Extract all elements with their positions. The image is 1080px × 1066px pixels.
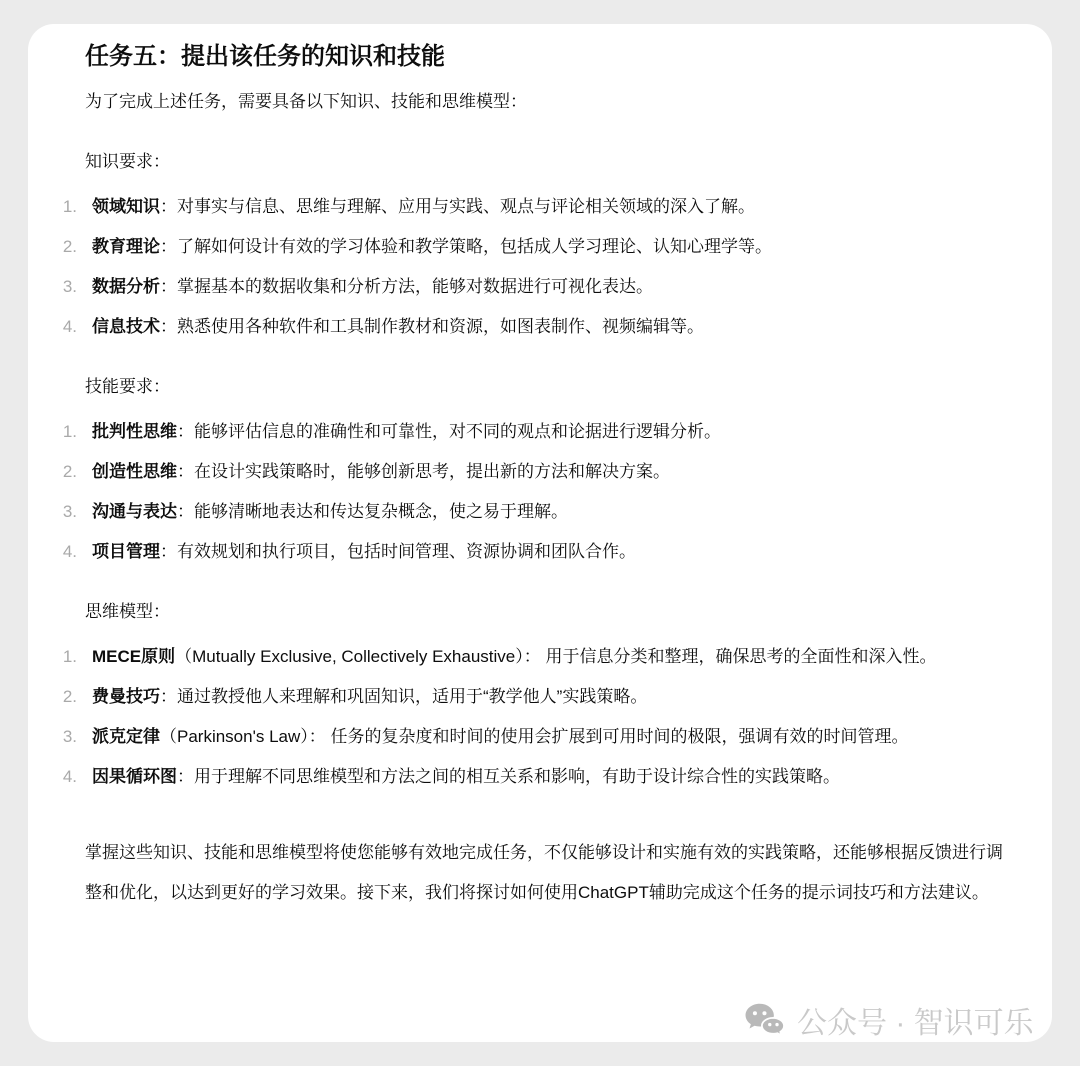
item-text: 数据分析：掌握基本的数据收集和分析方法，能够对数据进行可视化表达。 <box>92 267 1010 307</box>
item-desc: ：用于理解不同思维模型和方法之间的相互关系和影响，有助于设计综合性的实践策略。 <box>177 767 840 786</box>
item-number: 4. <box>62 757 77 797</box>
item-term: 数据分析 <box>92 277 160 296</box>
item-number: 3. <box>62 267 77 307</box>
wechat-icon <box>742 1000 788 1041</box>
list-item: 1.批判性思维：能够评估信息的准确性和可靠性，对不同的观点和论据进行逻辑分析。 <box>62 412 1010 452</box>
sections: 知识要求：1.领域知识：对事实与信息、思维与理解、应用与实践、观点与评论相关领域… <box>85 142 1010 797</box>
watermark-text: 公众号 · 智识可乐 <box>797 998 1034 1042</box>
item-number: 1. <box>62 412 77 452</box>
item-text: 项目管理：有效规划和执行项目，包括时间管理、资源协调和团队合作。 <box>92 532 1010 572</box>
item-number: 3. <box>62 717 77 757</box>
item-desc: ：掌握基本的数据收集和分析方法，能够对数据进行可视化表达。 <box>160 277 653 296</box>
list-item: 2.创造性思维：在设计实践策略时，能够创新思考，提出新的方法和解决方案。 <box>62 452 1010 492</box>
page-title: 任务五：提出该任务的知识和技能 <box>85 40 1010 74</box>
list-item: 1.领域知识：对事实与信息、思维与理解、应用与实践、观点与评论相关领域的深入了解… <box>62 187 1010 227</box>
item-term: MECE原则 <box>92 647 175 666</box>
item-term: 教育理论 <box>92 237 160 256</box>
section-label: 思维模型： <box>85 592 1010 632</box>
item-text: MECE原则（Mutually Exclusive, Collectively … <box>92 637 1010 677</box>
item-desc: （Mutually Exclusive, Collectively Exhaus… <box>175 647 936 666</box>
list-item: 4.因果循环图：用于理解不同思维模型和方法之间的相互关系和影响，有助于设计综合性… <box>62 757 1010 797</box>
item-desc: （Parkinson's Law）： 任务的复杂度和时间的使用会扩展到可用时间的… <box>160 727 908 746</box>
list-item: 2.费曼技巧：通过教授他人来理解和巩固知识，适用于“教学他人”实践策略。 <box>62 677 1010 717</box>
item-term: 因果循环图 <box>92 767 177 786</box>
list-item: 4.项目管理：有效规划和执行项目，包括时间管理、资源协调和团队合作。 <box>62 532 1010 572</box>
item-number: 1. <box>62 637 77 677</box>
item-text: 因果循环图：用于理解不同思维模型和方法之间的相互关系和影响，有助于设计综合性的实… <box>92 757 1010 797</box>
item-desc: ：对事实与信息、思维与理解、应用与实践、观点与评论相关领域的深入了解。 <box>160 197 755 216</box>
item-text: 信息技术：熟悉使用各种软件和工具制作教材和资源，如图表制作、视频编辑等。 <box>92 307 1010 347</box>
item-desc: ：能够清晰地表达和传达复杂概念，使之易于理解。 <box>177 502 568 521</box>
item-desc: ：了解如何设计有效的学习体验和教学策略，包括成人学习理论、认知心理学等。 <box>160 237 772 256</box>
list-item: 3.派克定律（Parkinson's Law）： 任务的复杂度和时间的使用会扩展… <box>62 717 1010 757</box>
section-label: 知识要求： <box>85 142 1010 182</box>
item-text: 批判性思维：能够评估信息的准确性和可靠性，对不同的观点和论据进行逻辑分析。 <box>92 412 1010 452</box>
item-term: 批判性思维 <box>92 422 177 441</box>
item-number: 2. <box>62 227 77 267</box>
ordered-list: 1.领域知识：对事实与信息、思维与理解、应用与实践、观点与评论相关领域的深入了解… <box>62 187 1010 347</box>
item-term: 信息技术 <box>92 317 160 336</box>
watermark: 公众号 · 智识可乐 <box>742 998 1034 1042</box>
item-number: 4. <box>62 307 77 347</box>
closing-paragraph: 掌握这些知识、技能和思维模型将使您能够有效地完成任务，不仅能够设计和实施有效的实… <box>85 833 1010 913</box>
item-number: 2. <box>62 677 77 717</box>
item-desc: ：有效规划和执行项目，包括时间管理、资源协调和团队合作。 <box>160 542 636 561</box>
item-text: 费曼技巧：通过教授他人来理解和巩固知识，适用于“教学他人”实践策略。 <box>92 677 1010 717</box>
item-number: 1. <box>62 187 77 227</box>
item-term: 项目管理 <box>92 542 160 561</box>
item-term: 领域知识 <box>92 197 160 216</box>
item-number: 4. <box>62 532 77 572</box>
item-desc: ：通过教授他人来理解和巩固知识，适用于“教学他人”实践策略。 <box>160 687 647 706</box>
article-card: 任务五：提出该任务的知识和技能 为了完成上述任务，需要具备以下知识、技能和思维模… <box>28 24 1052 1042</box>
item-text: 创造性思维：在设计实践策略时，能够创新思考，提出新的方法和解决方案。 <box>92 452 1010 492</box>
ordered-list: 1.MECE原则（Mutually Exclusive, Collectivel… <box>62 637 1010 797</box>
item-number: 3. <box>62 492 77 532</box>
item-desc: ：能够评估信息的准确性和可靠性，对不同的观点和论据进行逻辑分析。 <box>177 422 721 441</box>
ordered-list: 1.批判性思维：能够评估信息的准确性和可靠性，对不同的观点和论据进行逻辑分析。2… <box>62 412 1010 572</box>
item-number: 2. <box>62 452 77 492</box>
item-desc: ：在设计实践策略时，能够创新思考，提出新的方法和解决方案。 <box>177 462 670 481</box>
item-text: 沟通与表达：能够清晰地表达和传达复杂概念，使之易于理解。 <box>92 492 1010 532</box>
item-text: 领域知识：对事实与信息、思维与理解、应用与实践、观点与评论相关领域的深入了解。 <box>92 187 1010 227</box>
list-item: 2.教育理论：了解如何设计有效的学习体验和教学策略，包括成人学习理论、认知心理学… <box>62 227 1010 267</box>
item-text: 教育理论：了解如何设计有效的学习体验和教学策略，包括成人学习理论、认知心理学等。 <box>92 227 1010 267</box>
section-label: 技能要求： <box>85 367 1010 407</box>
item-term: 派克定律 <box>92 727 160 746</box>
list-item: 4.信息技术：熟悉使用各种软件和工具制作教材和资源，如图表制作、视频编辑等。 <box>62 307 1010 347</box>
item-desc: ：熟悉使用各种软件和工具制作教材和资源，如图表制作、视频编辑等。 <box>160 317 704 336</box>
list-item: 3.数据分析：掌握基本的数据收集和分析方法，能够对数据进行可视化表达。 <box>62 267 1010 307</box>
list-item: 1.MECE原则（Mutually Exclusive, Collectivel… <box>62 637 1010 677</box>
item-term: 费曼技巧 <box>92 687 160 706</box>
item-text: 派克定律（Parkinson's Law）： 任务的复杂度和时间的使用会扩展到可… <box>92 717 1010 757</box>
intro-paragraph: 为了完成上述任务，需要具备以下知识、技能和思维模型： <box>85 82 1010 122</box>
item-term: 沟通与表达 <box>92 502 177 521</box>
item-term: 创造性思维 <box>92 462 177 481</box>
list-item: 3.沟通与表达：能够清晰地表达和传达复杂概念，使之易于理解。 <box>62 492 1010 532</box>
